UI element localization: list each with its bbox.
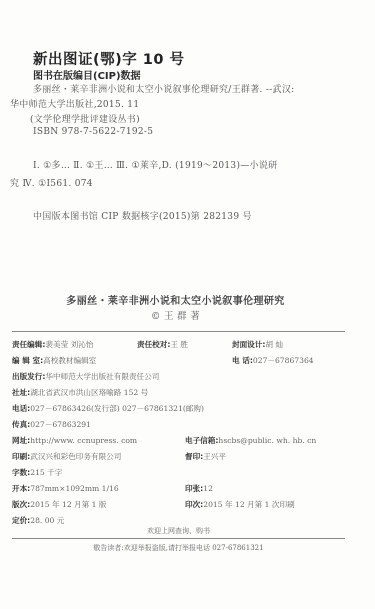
website-field: 网址:http://www. ccnupress. com bbox=[12, 435, 137, 446]
cip-isbn: ISBN 978-7-5622-7192-5 bbox=[33, 127, 153, 137]
cip-classification-2: 究 Ⅳ. ①I561. 074 bbox=[10, 176, 93, 189]
cip-classification-1: Ⅰ. ①多… Ⅱ. ①王… Ⅲ. ①莱辛,D. (1919～2013)—小说研 bbox=[33, 158, 277, 171]
editorial-office-field: 编 辑 室:高校教材编辑室 bbox=[12, 355, 96, 366]
cip-series: (文学伦理学批评建设丛书) bbox=[30, 112, 140, 125]
price-field: 定价:28. 00 元 bbox=[12, 515, 64, 526]
email-field: 电子信箱:hscbs@public. wh. hb. cn bbox=[185, 435, 316, 446]
book-author: © 王 群 著 bbox=[0, 308, 363, 322]
publisher-field: 出版发行:华中师范大学出版社有限责任公司 bbox=[12, 371, 159, 382]
edition-field: 版次:2015 年 12 月第 1 版 bbox=[12, 499, 107, 510]
book-title: 多丽丝・莱辛非洲小说和太空小说叙事伦理研究 bbox=[0, 292, 363, 307]
fax-field: 传真:027－67863291 bbox=[12, 419, 91, 430]
printing-field: 印次:2015 年 12 月第 1 次印刷 bbox=[185, 499, 295, 510]
proofreader-field: 责任校对:王 胜 bbox=[137, 339, 188, 350]
office-phone-field: 电 话:027－67867364 bbox=[232, 355, 314, 366]
anti-piracy-notice: 敬告读者:欢迎举报盗版,请打举报电话 027-67861321 bbox=[0, 543, 357, 553]
word-count-field: 字数:215 千字 bbox=[12, 467, 62, 478]
cip-verification: 中国版本图书馆 CIP 数据核字(2015)第 282139 号 bbox=[33, 209, 252, 222]
cover-designer-field: 封面设计:胡 灿 bbox=[232, 339, 283, 350]
divider-top bbox=[12, 331, 345, 332]
cip-heading: 图书在版编目(CIP)数据 bbox=[33, 67, 141, 82]
printer-field: 印刷:武汉兴和彩色印务有限公司 bbox=[12, 451, 121, 462]
welcome-text: 欢迎上网查询、购书 bbox=[0, 526, 357, 536]
format-field: 开本:787mm×1092mm 1/16 bbox=[12, 483, 119, 494]
address-field: 社址:湖北省武汉市洪山区珞喻路 152 号 bbox=[12, 387, 148, 398]
license-number: 新出图证(鄂)字 10 号 bbox=[33, 48, 185, 69]
print-supervisor-field: 督印:王兴平 bbox=[185, 451, 226, 462]
editor-field: 责任编辑:裴美莹 刘沁怡 bbox=[12, 339, 93, 350]
cip-line-2: 华中师范大学出版社,2015. 11 bbox=[10, 97, 139, 110]
divider-bottom bbox=[12, 538, 345, 539]
sheets-field: 印张:12 bbox=[185, 483, 213, 494]
cip-line-1: 多丽丝・莱辛非洲小说和太空小说叙事伦理研究/王群著. --武汉: bbox=[33, 82, 294, 95]
tel-field: 电话:027－67863426(发行部) 027－67861321(邮购) bbox=[12, 403, 204, 414]
